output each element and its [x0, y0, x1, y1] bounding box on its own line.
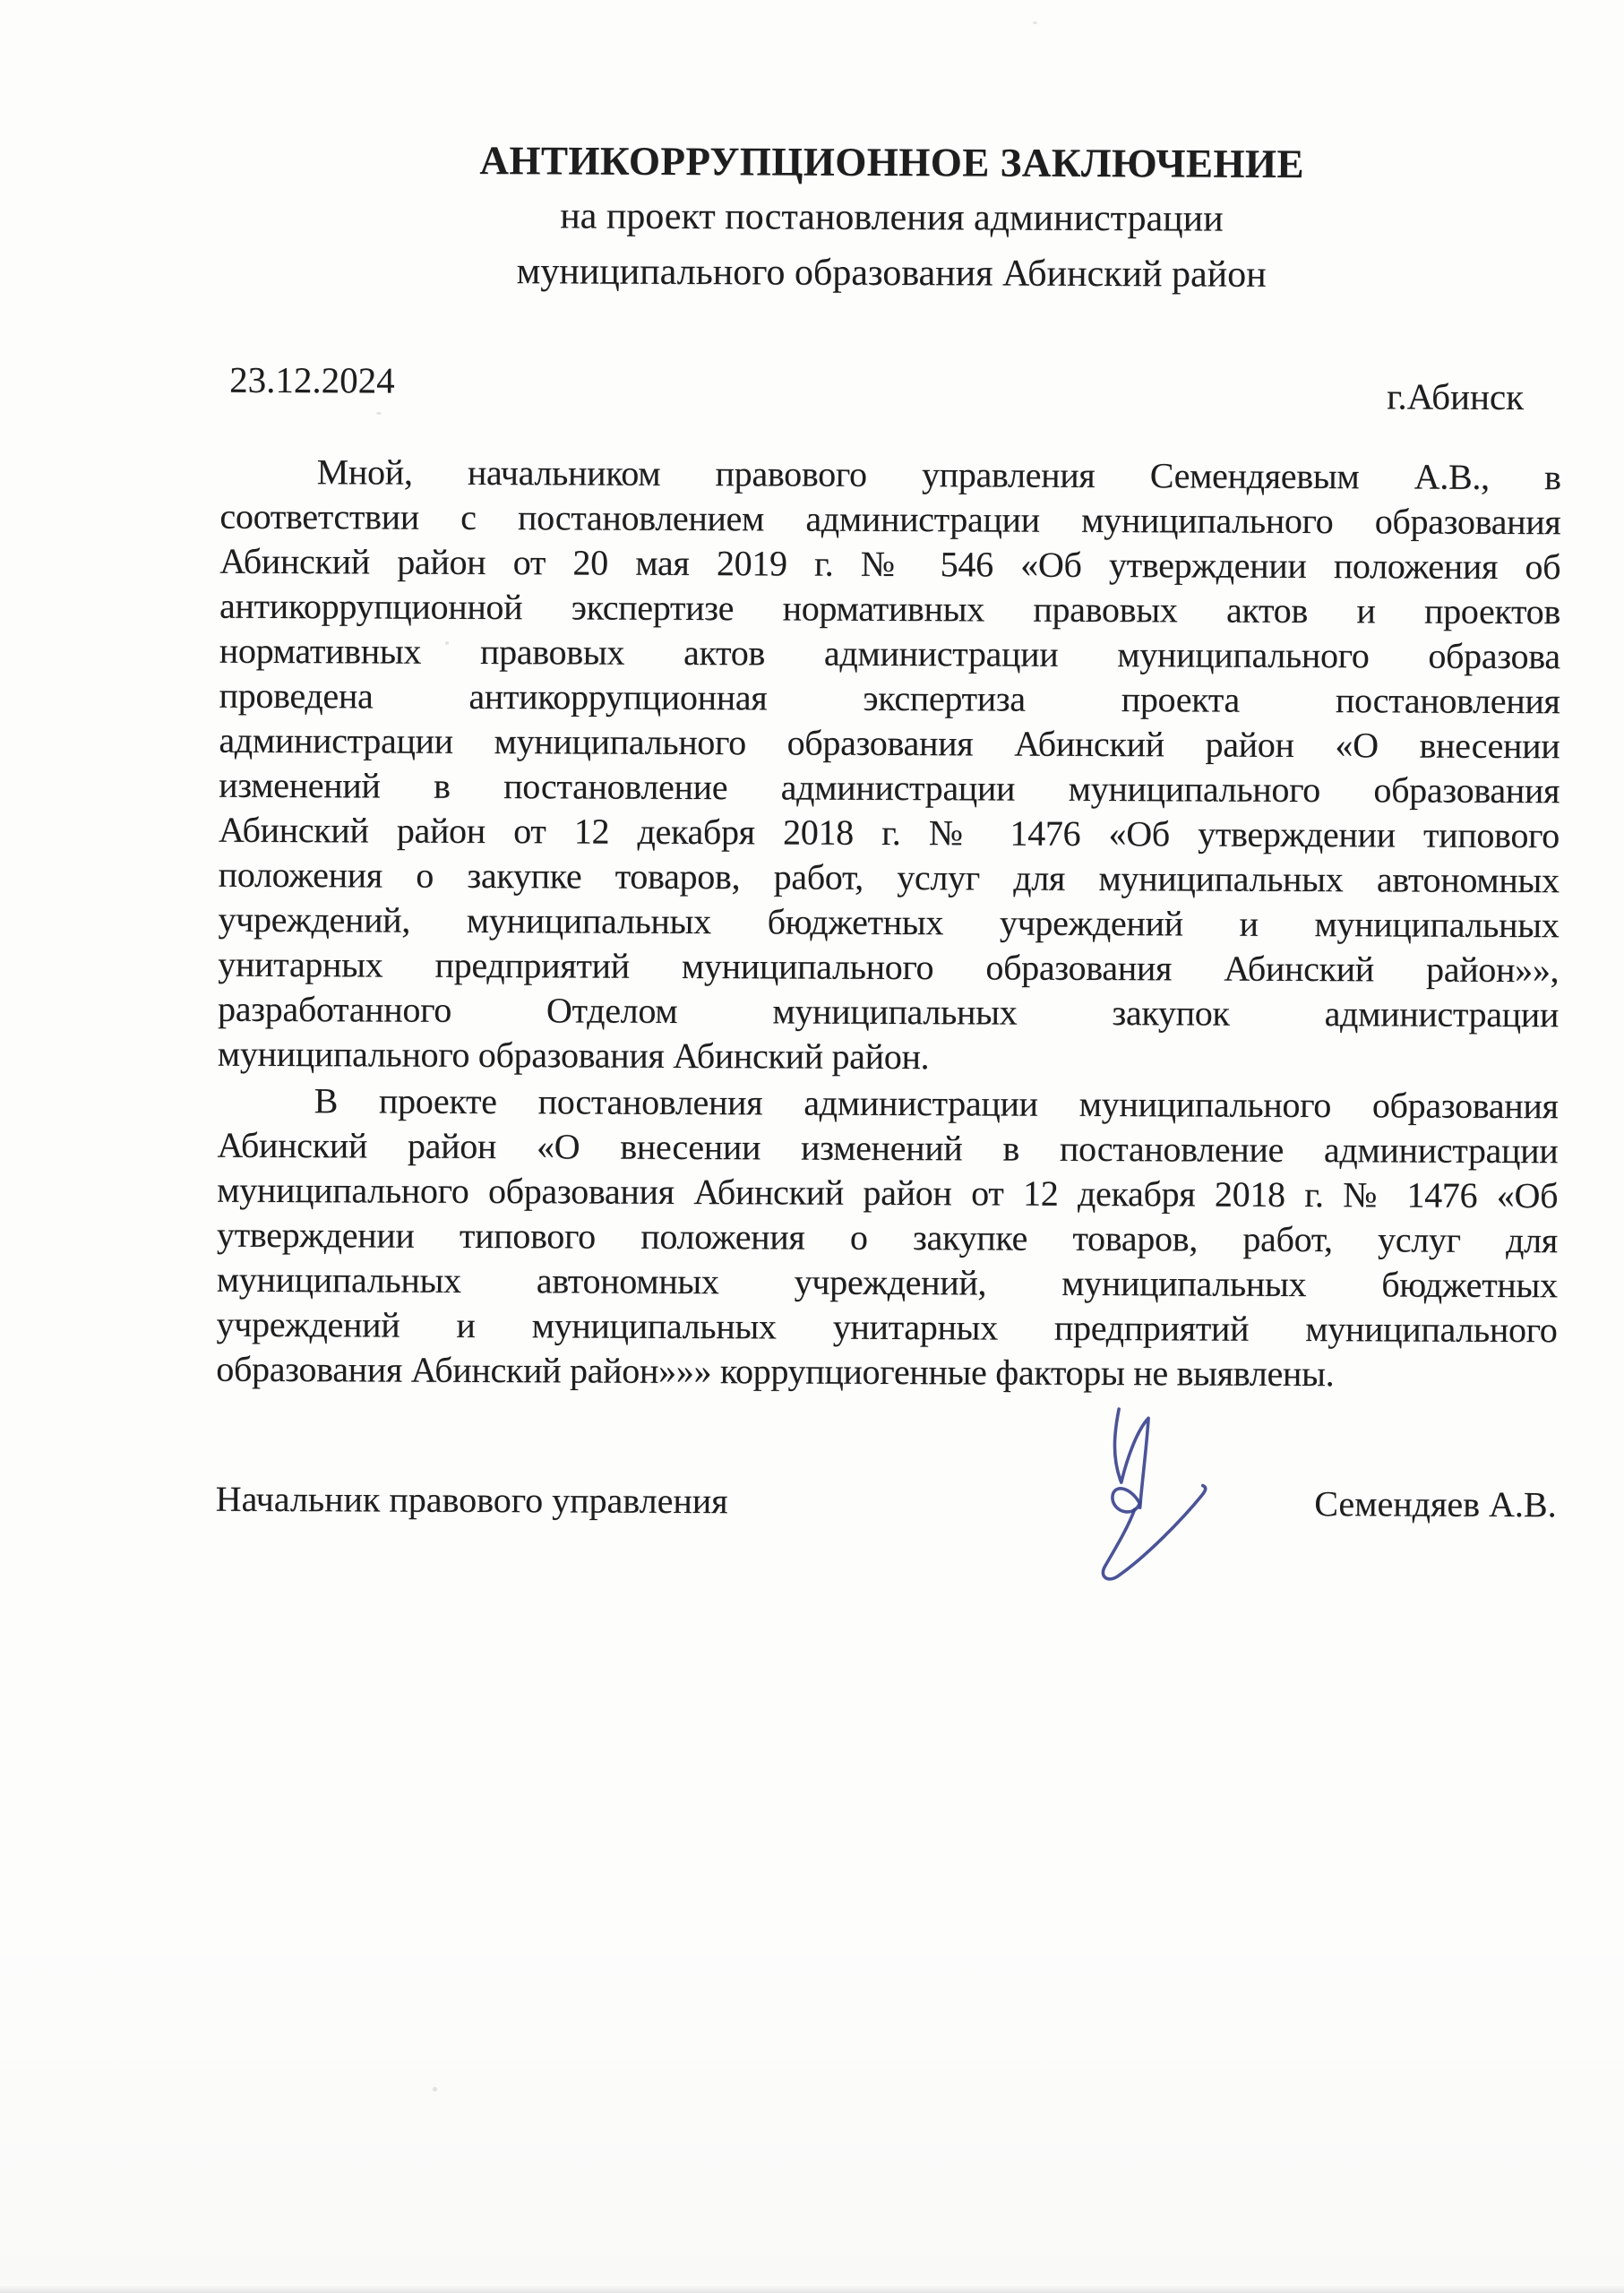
text-line: В проекте постановления администрации му… [218, 1078, 1559, 1129]
text-line: администрации муниципального образования… [219, 718, 1560, 769]
document-subtitle-line2: муниципального образования Абинский райо… [221, 243, 1562, 305]
date-city-row: 23.12.2024 г.Абинск [229, 357, 1524, 408]
text-line: образования Абинский район»»» коррупциог… [216, 1347, 1557, 1398]
scan-speck [376, 412, 382, 415]
paragraph-2: В проекте постановления администрации му… [216, 1078, 1559, 1398]
text-line: Мной, начальником правового управления С… [220, 450, 1561, 501]
scan-speck [445, 641, 449, 645]
text-line: утверждении типового положения о закупке… [217, 1213, 1558, 1264]
paragraph-1: Мной, начальником правового управления С… [218, 450, 1561, 1083]
document-title: АНТИКОРРУПЦИОННОЕ ЗАКЛЮЧЕНИЕ [221, 132, 1562, 193]
text-line: унитарных предприятий муниципального обр… [218, 942, 1559, 993]
handwritten-signature-icon [1091, 1398, 1226, 1596]
text-line: антикоррупционной экспертизе нормативных… [219, 584, 1560, 635]
scan-speck [433, 2087, 437, 2091]
text-line: учреждений и муниципальных унитарных пре… [216, 1302, 1557, 1353]
scan-speck [1033, 21, 1037, 24]
text-line: Абинский район от 20 мая 2019 г. № 546 «… [219, 539, 1560, 590]
text-line: проведена антикоррупционная экспертиза п… [219, 674, 1560, 725]
document-content: АНТИКОРРУПЦИОННОЕ ЗАКЛЮЧЕНИЕ на проект п… [212, 0, 1563, 2293]
document-city: г.Абинск [1387, 374, 1524, 419]
document-title-block: АНТИКОРРУПЦИОННОЕ ЗАКЛЮЧЕНИЕ на проект п… [221, 132, 1563, 305]
text-line: нормативных правовых актов администрации… [219, 629, 1560, 680]
text-line: муниципального образования Абинский райо… [217, 1168, 1558, 1219]
text-line: учреждений, муниципальных бюджетных учре… [218, 897, 1559, 949]
scan-bottom-edge [0, 2284, 1624, 2293]
document-date: 23.12.2024 [229, 357, 395, 403]
text-line: муниципальных автономных учреждений, мун… [217, 1258, 1558, 1309]
text-line: Абинский район «О внесении изменений в п… [217, 1123, 1558, 1174]
scanned-document-page: АНТИКОРРУПЦИОННОЕ ЗАКЛЮЧЕНИЕ на проект п… [0, 0, 1624, 2293]
signatory-position: Начальник правового управления [216, 1477, 728, 1524]
signatory-name: Семендяев А.В. [1314, 1481, 1557, 1527]
text-line: соответствии с постановлением администра… [219, 494, 1560, 545]
text-line: Абинский район от 12 декабря 2018 г. № 1… [219, 808, 1560, 859]
document-subtitle-line1: на проект постановления администрации [221, 187, 1562, 249]
signature-row: Начальник правового управления Семендяев… [216, 1477, 1557, 1528]
text-line: положения о закупке товаров, работ, услу… [219, 853, 1560, 904]
text-line: изменений в постановление администрации … [219, 763, 1560, 814]
text-line: разработанного Отделом муниципальных зак… [218, 987, 1559, 1038]
text-line: муниципального образования Абинский райо… [218, 1032, 1559, 1083]
